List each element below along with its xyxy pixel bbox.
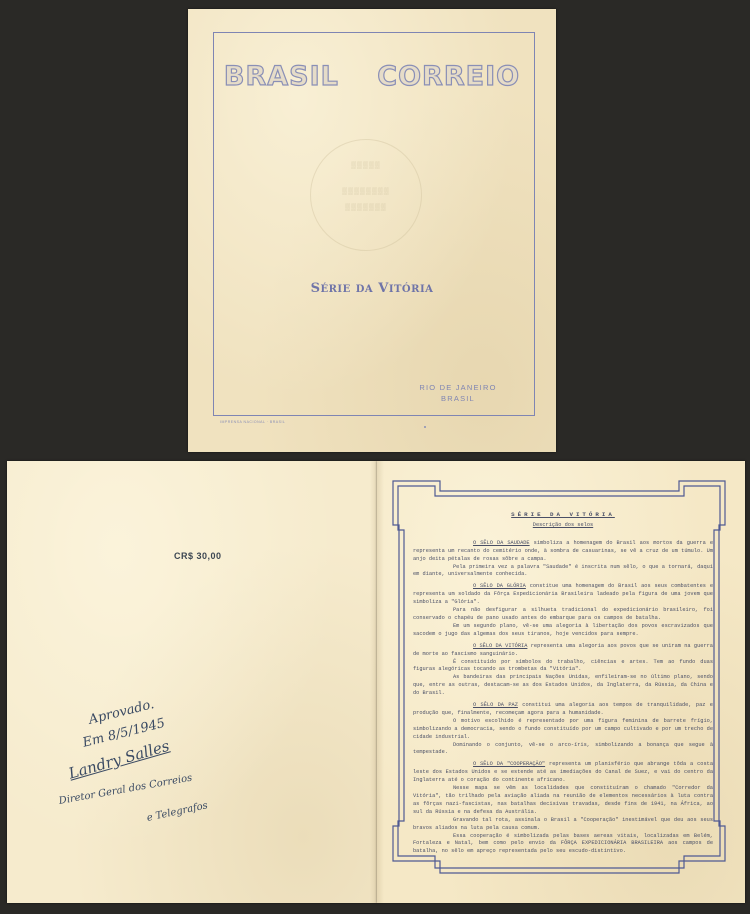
para-text: Dominando o conjunto, vê-se o arco-íris,… [413, 742, 713, 756]
folder-inside-right: SÉRIE DA VITÓRIA Descrição dos selos O S… [377, 461, 745, 903]
para-text: constitue uma homenagem do Brasil aos se… [413, 583, 713, 605]
place-city: RIO DE JANEIRO [413, 382, 503, 393]
embossed-seal-icon: ▒▒▒▒▒ ▒▒▒▒▒▒▒▒ ▒▒▒▒▒▒▒ [310, 139, 422, 251]
para-lead: O SÊLO DA "COOPERAÇÃO" [473, 761, 545, 767]
doc-subheading: Descrição dos selos [413, 522, 713, 530]
folder-cover: BRASIL CORREIO ▒▒▒▒▒ ▒▒▒▒▒▒▒▒ ▒▒▒▒▒▒▒ SÉ… [188, 9, 556, 452]
para-text: Gravando tal rota, assinala o Brasil a "… [413, 817, 713, 831]
subtitle-serie: ÉRIE [320, 284, 350, 295]
para-text: representa uma alegoria aos povos que se… [413, 643, 713, 657]
folder-inside-left: CR$ 30,00 Aprovado. Em 8/5/1945 Landry S… [7, 461, 377, 903]
para-lead: O SÊLO DA PAZ [473, 702, 518, 708]
subtitle-vitoria: ITÓRIA [389, 284, 434, 295]
subtitle-da: DA [356, 284, 373, 295]
cover-dot [424, 426, 426, 428]
place-country: BRASIL [413, 393, 503, 404]
para-text: É constituído por símbolos do trabalho, … [413, 659, 713, 673]
para-text: Para não desfigurar a silhueta tradicion… [413, 607, 713, 621]
para-text: Em um segundo plano, vê-se uma alegoria … [413, 623, 713, 637]
para-lead: O SÊLO DA SAUDADE [473, 540, 530, 546]
stamp-description-text: SÉRIE DA VITÓRIA Descrição dos selos O S… [413, 511, 713, 856]
para-text: Nesse mapa se vêm as localidades que con… [413, 785, 713, 815]
cover-subtitle: SÉRIE DA VITÓRIA [188, 281, 556, 296]
handwritten-title-2: e Telegrafos [146, 800, 209, 824]
subtitle-initial-v: V [378, 281, 389, 296]
para-text: simboliza a homenagem do Brasil aos mort… [413, 540, 713, 562]
para-text: constitui uma alegoria aos tempos de tra… [413, 702, 713, 716]
para-text: Pela primeira vez a palavra "Saudade" é … [413, 564, 713, 578]
para-text: As bandeiras das principais Nações Unida… [413, 674, 713, 696]
cover-title: BRASIL CORREIO [188, 61, 556, 92]
para-lead: O SÊLO DA VITÓRIA [473, 643, 527, 649]
para-text: O motivo escolhido é representado por um… [413, 718, 713, 740]
para-lead: O SÊLO DA GLÓRIA [473, 583, 526, 589]
folder-fold [370, 461, 384, 903]
doc-heading: SÉRIE DA VITÓRIA [413, 511, 713, 519]
price-label: CR$ 30,00 [174, 551, 222, 561]
printer-imprint: IMPRENSA NACIONAL · BRASIL [220, 420, 285, 424]
para-text: representa um planisfério que abrange tô… [413, 761, 713, 783]
subtitle-initial-s: S [311, 281, 321, 296]
cover-title-brasil: BRASIL [224, 61, 339, 92]
para-text: Essa cooperação é simbolizada pelas base… [413, 833, 713, 855]
cover-title-correio: CORREIO [377, 61, 520, 92]
